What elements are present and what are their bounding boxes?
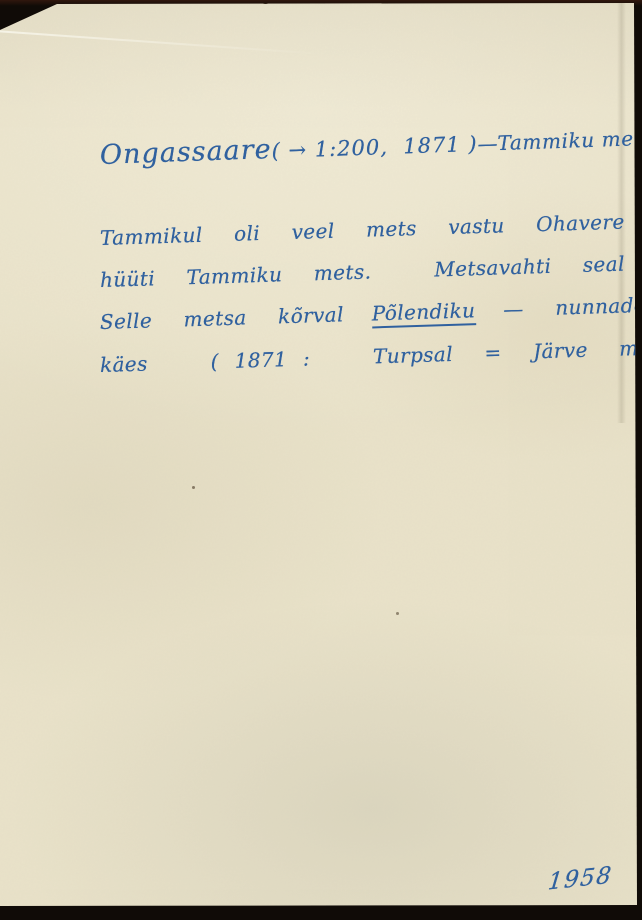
paper-speck <box>396 612 399 615</box>
note-line: Selle metsa kõrval Põlendiku — nunnade <box>100 292 642 337</box>
paper-speck <box>192 486 195 489</box>
year-notation: 1958 <box>547 862 614 895</box>
paper-speck <box>261 0 270 4</box>
paper-sheet: Ongassaare ( → 1:200, 1871 ) — Tammiku m… <box>0 0 642 920</box>
note-line-segment: — nunnade <box>503 293 642 321</box>
scanned-page: Ongassaare ( → 1:200, 1871 ) — Tammiku m… <box>0 0 642 920</box>
heading-dash: — <box>477 131 498 156</box>
paper-crease <box>0 30 323 55</box>
note-line-segment: Selle metsa kõrval <box>100 302 345 334</box>
heading-forest-name: Tammiku mets <box>497 126 642 155</box>
map-reference-annotation: ( → 1:200, 1871 ) <box>271 132 478 163</box>
underlined-place-name: Põlendiku <box>371 298 475 328</box>
note-line: käes ( 1871 : Turpsal = Järve mõis S.U. … <box>100 335 642 377</box>
note-line: Tammikul oli veel mets vastu Ohavere raj… <box>100 208 642 250</box>
place-name-title: Ongassaare <box>99 134 272 171</box>
note-heading: Ongassaare ( → 1:200, 1871 ) — Tammiku m… <box>99 121 642 171</box>
note-line: hüüti Tammiku mets. Metsavahti seal ei o… <box>100 250 642 292</box>
